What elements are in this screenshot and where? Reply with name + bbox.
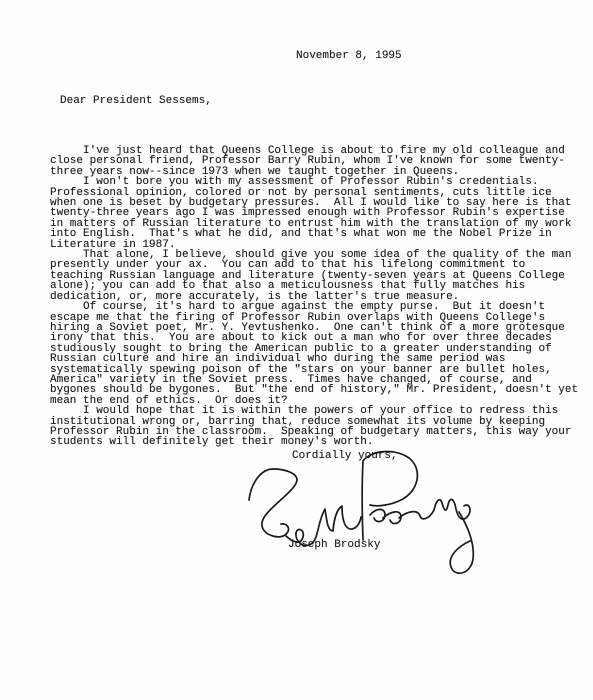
signature-scrawl-icon	[233, 447, 495, 585]
salutation: Dear President Sessems,	[60, 96, 212, 106]
letter-body: I've just heard that Queens College is a…	[50, 146, 578, 448]
letter-page: November 8, 1995 Dear President Sessems,…	[0, 0, 593, 700]
letter-date: November 8, 1995	[296, 51, 402, 61]
typed-signature-name: Joseph Brodsky	[288, 540, 380, 550]
